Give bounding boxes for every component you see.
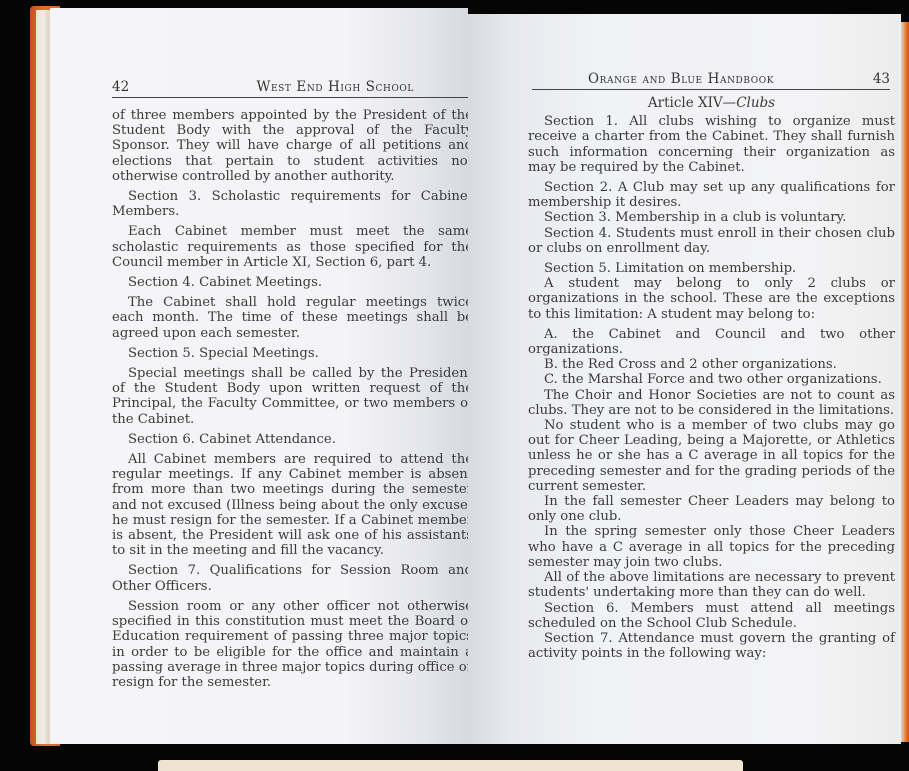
- paragraph: In the fall semester Cheer Leaders may b…: [528, 494, 895, 524]
- paragraph: Section 1. All clubs wishing to organize…: [528, 114, 895, 175]
- right-page: Orange and Blue Handbook 43 Article XIV—…: [468, 14, 901, 744]
- paragraph: The Choir and Honor Societies are not to…: [528, 388, 895, 418]
- running-title: Orange and Blue Handbook: [588, 72, 774, 87]
- card-under-book: [158, 760, 743, 771]
- right-running-head: Orange and Blue Handbook 43: [532, 72, 890, 90]
- book-cover-right-edge: [901, 22, 909, 742]
- paragraph: Section 4. Cabinet Meetings.: [112, 275, 473, 290]
- paragraph: Each Cabinet member must meet the same s…: [112, 224, 473, 270]
- paragraph: C. the Marshal Force and two other organ…: [528, 372, 895, 387]
- paragraph: Special meetings shall be called by the …: [112, 366, 473, 427]
- paragraph: The Cabinet shall hold regular meetings …: [112, 295, 473, 341]
- paragraph: All of the above limitations are necessa…: [528, 570, 895, 600]
- paragraph: No student who is a member of two clubs …: [528, 418, 895, 494]
- left-page-body: of three members appointed by the Presid…: [112, 108, 473, 690]
- article-heading: Article XIV—Clubs: [528, 96, 895, 111]
- left-page: 42 West End High School of three members…: [50, 8, 468, 744]
- paragraph: Section 7. Qualifications for Session Ro…: [112, 563, 473, 593]
- paragraph: Section 5. Limitation on membership.: [528, 261, 895, 276]
- paragraph: A student may belong to only 2 clubs or …: [528, 276, 895, 322]
- paragraph: Section 3. Scholastic requirements for C…: [112, 189, 473, 219]
- right-page-body: Article XIV—Clubs Section 1. All clubs w…: [528, 96, 895, 661]
- paragraph: B. the Red Cross and 2 other organizatio…: [528, 357, 895, 372]
- running-title: West End High School: [256, 80, 414, 95]
- paragraph: of three members appointed by the Presid…: [112, 108, 473, 184]
- paragraph: Section 4. Students must enroll in their…: [528, 226, 895, 256]
- left-running-head: 42 West End High School: [112, 80, 470, 98]
- paragraph: Section 2. A Club may set up any qualifi…: [528, 180, 895, 210]
- paragraph: In the spring semester only those Cheer …: [528, 524, 895, 570]
- paragraph: Session room or any other officer not ot…: [112, 599, 473, 690]
- paragraph: Section 5. Special Meetings.: [112, 346, 473, 361]
- page-number: 42: [112, 80, 129, 95]
- paragraph: All Cabinet members are required to atte…: [112, 452, 473, 558]
- paragraph: Section 6. Cabinet Attendance.: [112, 432, 473, 447]
- paragraph: Section 7. Attendance must govern the gr…: [528, 631, 895, 661]
- paragraph: Section 6. Members must attend all meeti…: [528, 601, 895, 631]
- paragraph: A. the Cabinet and Council and two other…: [528, 327, 895, 357]
- paragraph: Section 3. Membership in a club is volun…: [528, 210, 895, 225]
- page-number: 43: [873, 72, 890, 87]
- article-subject: Clubs: [736, 95, 775, 111]
